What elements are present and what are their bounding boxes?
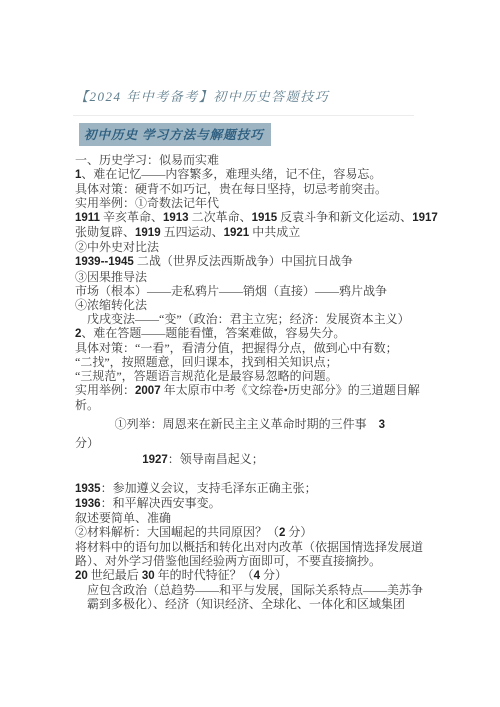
text-segment: 分） xyxy=(75,436,99,450)
text-line: 析。 xyxy=(75,398,480,412)
text-line: 张勋复辟、1919 五四运动、1921 中共成立 xyxy=(75,225,480,240)
text-line: 2、难在答题——题能看懂，答案难做，容易失分。 xyxy=(75,326,480,341)
text-segment: ③因果推导法 xyxy=(75,270,147,284)
text-line: 1911 辛亥革命、1913 二次革命、1915 反袁斗争和新文化运动、1917 xyxy=(75,210,480,225)
bold-number-segment: 1927 xyxy=(142,454,168,466)
text-segment: 叙述要简单、准确 xyxy=(75,511,171,525)
text-line: ③因果推导法 xyxy=(75,270,480,284)
text-line: 路）、对外学习借鉴他国经验两方面即可，不要直接摘抄。 xyxy=(75,554,480,568)
text-segment: “三规范”，答题语言规范化是最容易忽略的问题。 xyxy=(75,369,338,383)
text-segment: 、难在记忆——内容繁多，难理头绪，记不住，容易忘。 xyxy=(81,167,381,181)
text-segment: 析。 xyxy=(75,398,99,412)
text-segment: 实用举例：①奇数法记年代 xyxy=(75,196,219,210)
text-segment: ：和平解决西安事变。 xyxy=(101,496,221,510)
text-line: 市场（根本）——走私鸦片——销烟（直接）——鸦片战争 xyxy=(75,284,480,298)
text-segment: 实用举例： xyxy=(75,383,135,397)
text-segment: 路）、对外学习借鉴他国经验两方面即可，不要直接摘抄。 xyxy=(75,554,381,568)
text-segment: 年太原市中考《文综卷•历史部分》的三道题目解 xyxy=(161,383,420,397)
document-body: 一、历史学习：似易而实难1、难在记忆——内容繁多，难理头绪，记不住，容易忘。具体… xyxy=(75,153,480,611)
bold-number-segment: 1915 xyxy=(252,212,278,224)
text-line: 霸到多极化）、经济（知识经济、全球化、一体化和区域集团 xyxy=(75,597,480,611)
bold-number-segment: 20 xyxy=(75,570,88,582)
text-segment: “二找”，按照题意，回归课本，找到相关知识点； xyxy=(75,355,338,369)
text-segment: 辛亥革命、 xyxy=(100,210,163,224)
text-line: 实用举例：2007 年太原市中考《文综卷•历史部分》的三道题目解 xyxy=(75,383,480,398)
text-line: 实用举例：①奇数法记年代 xyxy=(75,196,480,210)
bold-number-segment: 1917 xyxy=(412,212,438,224)
highlighted-subtitle: 初中历史 学习方法与解题技巧 xyxy=(79,123,271,146)
text-segment: ④浓缩转化法 xyxy=(75,298,147,312)
document-page: 【2024 年中考备考】初中历史答题技巧 初中历史 学习方法与解题技巧 一、历史… xyxy=(0,0,500,707)
text-line: 1939--1945 二战（世界反法西斯战争）中国抗日战争 xyxy=(75,254,480,269)
text-line: 1935：参加遵义会议，支持毛泽东正确主张； xyxy=(75,481,480,496)
text-segment: 世纪最后 xyxy=(88,568,142,582)
text-segment: 中共成立 xyxy=(249,225,300,239)
text-segment: ①列举：周恩来在新民主主义革命时期的三件事 xyxy=(115,417,379,431)
text-line: 一、历史学习：似易而实难 xyxy=(75,153,480,167)
bold-number-segment: 1935 xyxy=(75,483,101,495)
text-line: ①列举：周恩来在新民主主义革命时期的三件事 3 xyxy=(75,417,480,432)
text-segment: 应包含政治（总趋势——和平与发展，国际关系特点——美苏争 xyxy=(87,583,423,597)
text-line: 分） xyxy=(75,436,480,450)
bold-number-segment: 1919 xyxy=(135,227,161,239)
bold-number-segment: 3 xyxy=(379,419,385,431)
bold-number-segment: 2007 xyxy=(135,385,161,397)
bold-number-segment: 1913 xyxy=(163,212,189,224)
text-line: 应包含政治（总趋势——和平与发展，国际关系特点——美苏争 xyxy=(75,583,480,597)
text-line xyxy=(75,467,480,481)
text-line: ④浓缩转化法 xyxy=(75,298,480,312)
text-segment: ：参加遵义会议，支持毛泽东正确主张； xyxy=(101,481,317,495)
text-line: ②中外史对比法 xyxy=(75,240,480,254)
text-segment: ②材料解析：大国崛起的共同原因？（ xyxy=(75,525,279,539)
text-segment: 市场（根本）——走私鸦片——销烟（直接）——鸦片战争 xyxy=(75,284,387,298)
text-segment: 戊戌变法——“变”（政治：君主立宪；经济：发展资本主义） xyxy=(87,312,410,326)
text-line: 1、难在记忆——内容繁多，难理头绪，记不住，容易忘。 xyxy=(75,167,480,182)
text-segment: 五四运动、 xyxy=(161,225,224,239)
text-line: 戊戌变法——“变”（政治：君主立宪；经济：发展资本主义） xyxy=(75,312,480,326)
text-segment: 具体对策：硬背不如巧记，贵在每日坚持，切忌考前突击。 xyxy=(75,182,387,196)
text-line: 具体对策：“一看”，看清分值，把握得分点，做到心中有数； xyxy=(75,341,480,355)
bold-number-segment: 1911 xyxy=(75,212,100,224)
text-line: 1927：领导南昌起义； xyxy=(75,452,480,467)
bold-number-segment: 30 xyxy=(142,570,155,582)
text-line: 将材料中的语句加以概括和转化出对内改革（依据国情选择发展道 xyxy=(75,540,480,554)
text-line: 1936：和平解决西安事变。 xyxy=(75,496,480,511)
bold-number-segment: 1936 xyxy=(75,498,101,510)
document-title: 【2024 年中考备考】初中历史答题技巧 xyxy=(75,86,480,105)
text-segment: 二战（世界反法西斯战争）中国抗日战争 xyxy=(134,254,353,268)
bold-number-segment: 1921 xyxy=(224,227,250,239)
text-line: 叙述要简单、准确 xyxy=(75,511,480,525)
text-segment: 霸到多极化）、经济（知识经济、全球化、一体化和区域集团 xyxy=(87,597,405,611)
text-segment: 反袁斗争和新文化运动、 xyxy=(277,210,412,224)
text-segment: 具体对策：“一看”，看清分值，把握得分点，做到心中有数； xyxy=(75,341,398,355)
text-segment: 、难在答题——题能看懂，答案难做，容易失分。 xyxy=(81,326,345,340)
text-segment: 张勋复辟、 xyxy=(75,225,135,239)
text-segment: 一、历史学习：似易而实难 xyxy=(75,153,219,167)
text-line: 具体对策：硬背不如巧记，贵在每日坚持，切忌考前突击。 xyxy=(75,182,480,196)
text-segment: ②中外史对比法 xyxy=(75,240,159,254)
text-segment: ：领导南昌起义； xyxy=(168,452,264,466)
text-line: 20 世纪最后 30 年的时代特征？（4 分） xyxy=(75,568,480,583)
text-line: ②材料解析：大国崛起的共同原因？（2 分） xyxy=(75,525,480,540)
text-segment: 分） xyxy=(260,568,287,582)
text-segment: 二次革命、 xyxy=(189,210,252,224)
text-segment: 将材料中的语句加以概括和转化出对内改革（依据国情选择发展道 xyxy=(75,540,423,554)
text-segment: 分） xyxy=(285,525,312,539)
text-line: “二找”，按照题意，回归课本，找到相关知识点； xyxy=(75,355,480,369)
text-line: “三规范”，答题语言规范化是最容易忽略的问题。 xyxy=(75,369,480,383)
text-segment: 年的时代特征？（ xyxy=(155,568,254,582)
bold-number-segment: 1939--1945 xyxy=(75,256,134,268)
